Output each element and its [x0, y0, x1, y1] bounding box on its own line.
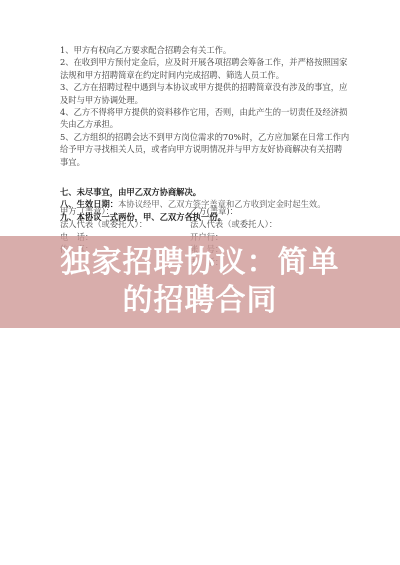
clause-5: 5、乙方组织的招聘会达不到甲方岗位需求的70%时，乙方应加紧在日常工作内给予甲方…	[60, 131, 350, 168]
signature-row: 甲方（盖章）： 乙方(盖章)：	[60, 205, 350, 218]
party-b-seal: 乙方(盖章)：	[190, 205, 350, 218]
clause-3: 3、乙方在招聘过程中遇到与本协议或甲方提供的招聘简章没有涉及的事宜，应及时与甲方…	[60, 81, 350, 106]
party-b-representative: 法人代表（或委托人）：	[190, 218, 350, 231]
banner-title: 独家招聘协议：简单的招聘合同	[50, 244, 350, 320]
contract-body: 1、甲方有权向乙方要求配合招聘会有关工作。 2、在收到甲方预付定金后，应及时开展…	[60, 44, 350, 223]
spacer	[60, 168, 350, 186]
signature-row: 法人代表（或委托人）： 法人代表（或委托人）：	[60, 218, 350, 231]
party-a-seal: 甲方（盖章）：	[60, 205, 190, 218]
clause-4: 4、乙方不得将甲方提供的资料移作它用，否则，由此产生的一切责任及经济损失由乙方承…	[60, 106, 350, 131]
clause-2: 2、在收到甲方预付定金后，应及时开展各项招聘会筹备工作，并严格按照国家法规和甲方…	[60, 56, 350, 81]
article-7: 七、未尽事宜，由甲乙双方协商解决。	[60, 186, 350, 198]
document-page: 1、甲方有权向乙方要求配合招聘会有关工作。 2、在收到甲方预付定金后，应及时开展…	[0, 0, 400, 565]
article-7-label: 七、未尽事宜，由甲乙双方协商解决。	[60, 187, 201, 197]
clause-1: 1、甲方有权向乙方要求配合招聘会有关工作。	[60, 44, 350, 56]
title-banner: 独家招聘协议：简单的招聘合同	[0, 236, 400, 328]
party-a-representative: 法人代表（或委托人）：	[60, 218, 190, 231]
